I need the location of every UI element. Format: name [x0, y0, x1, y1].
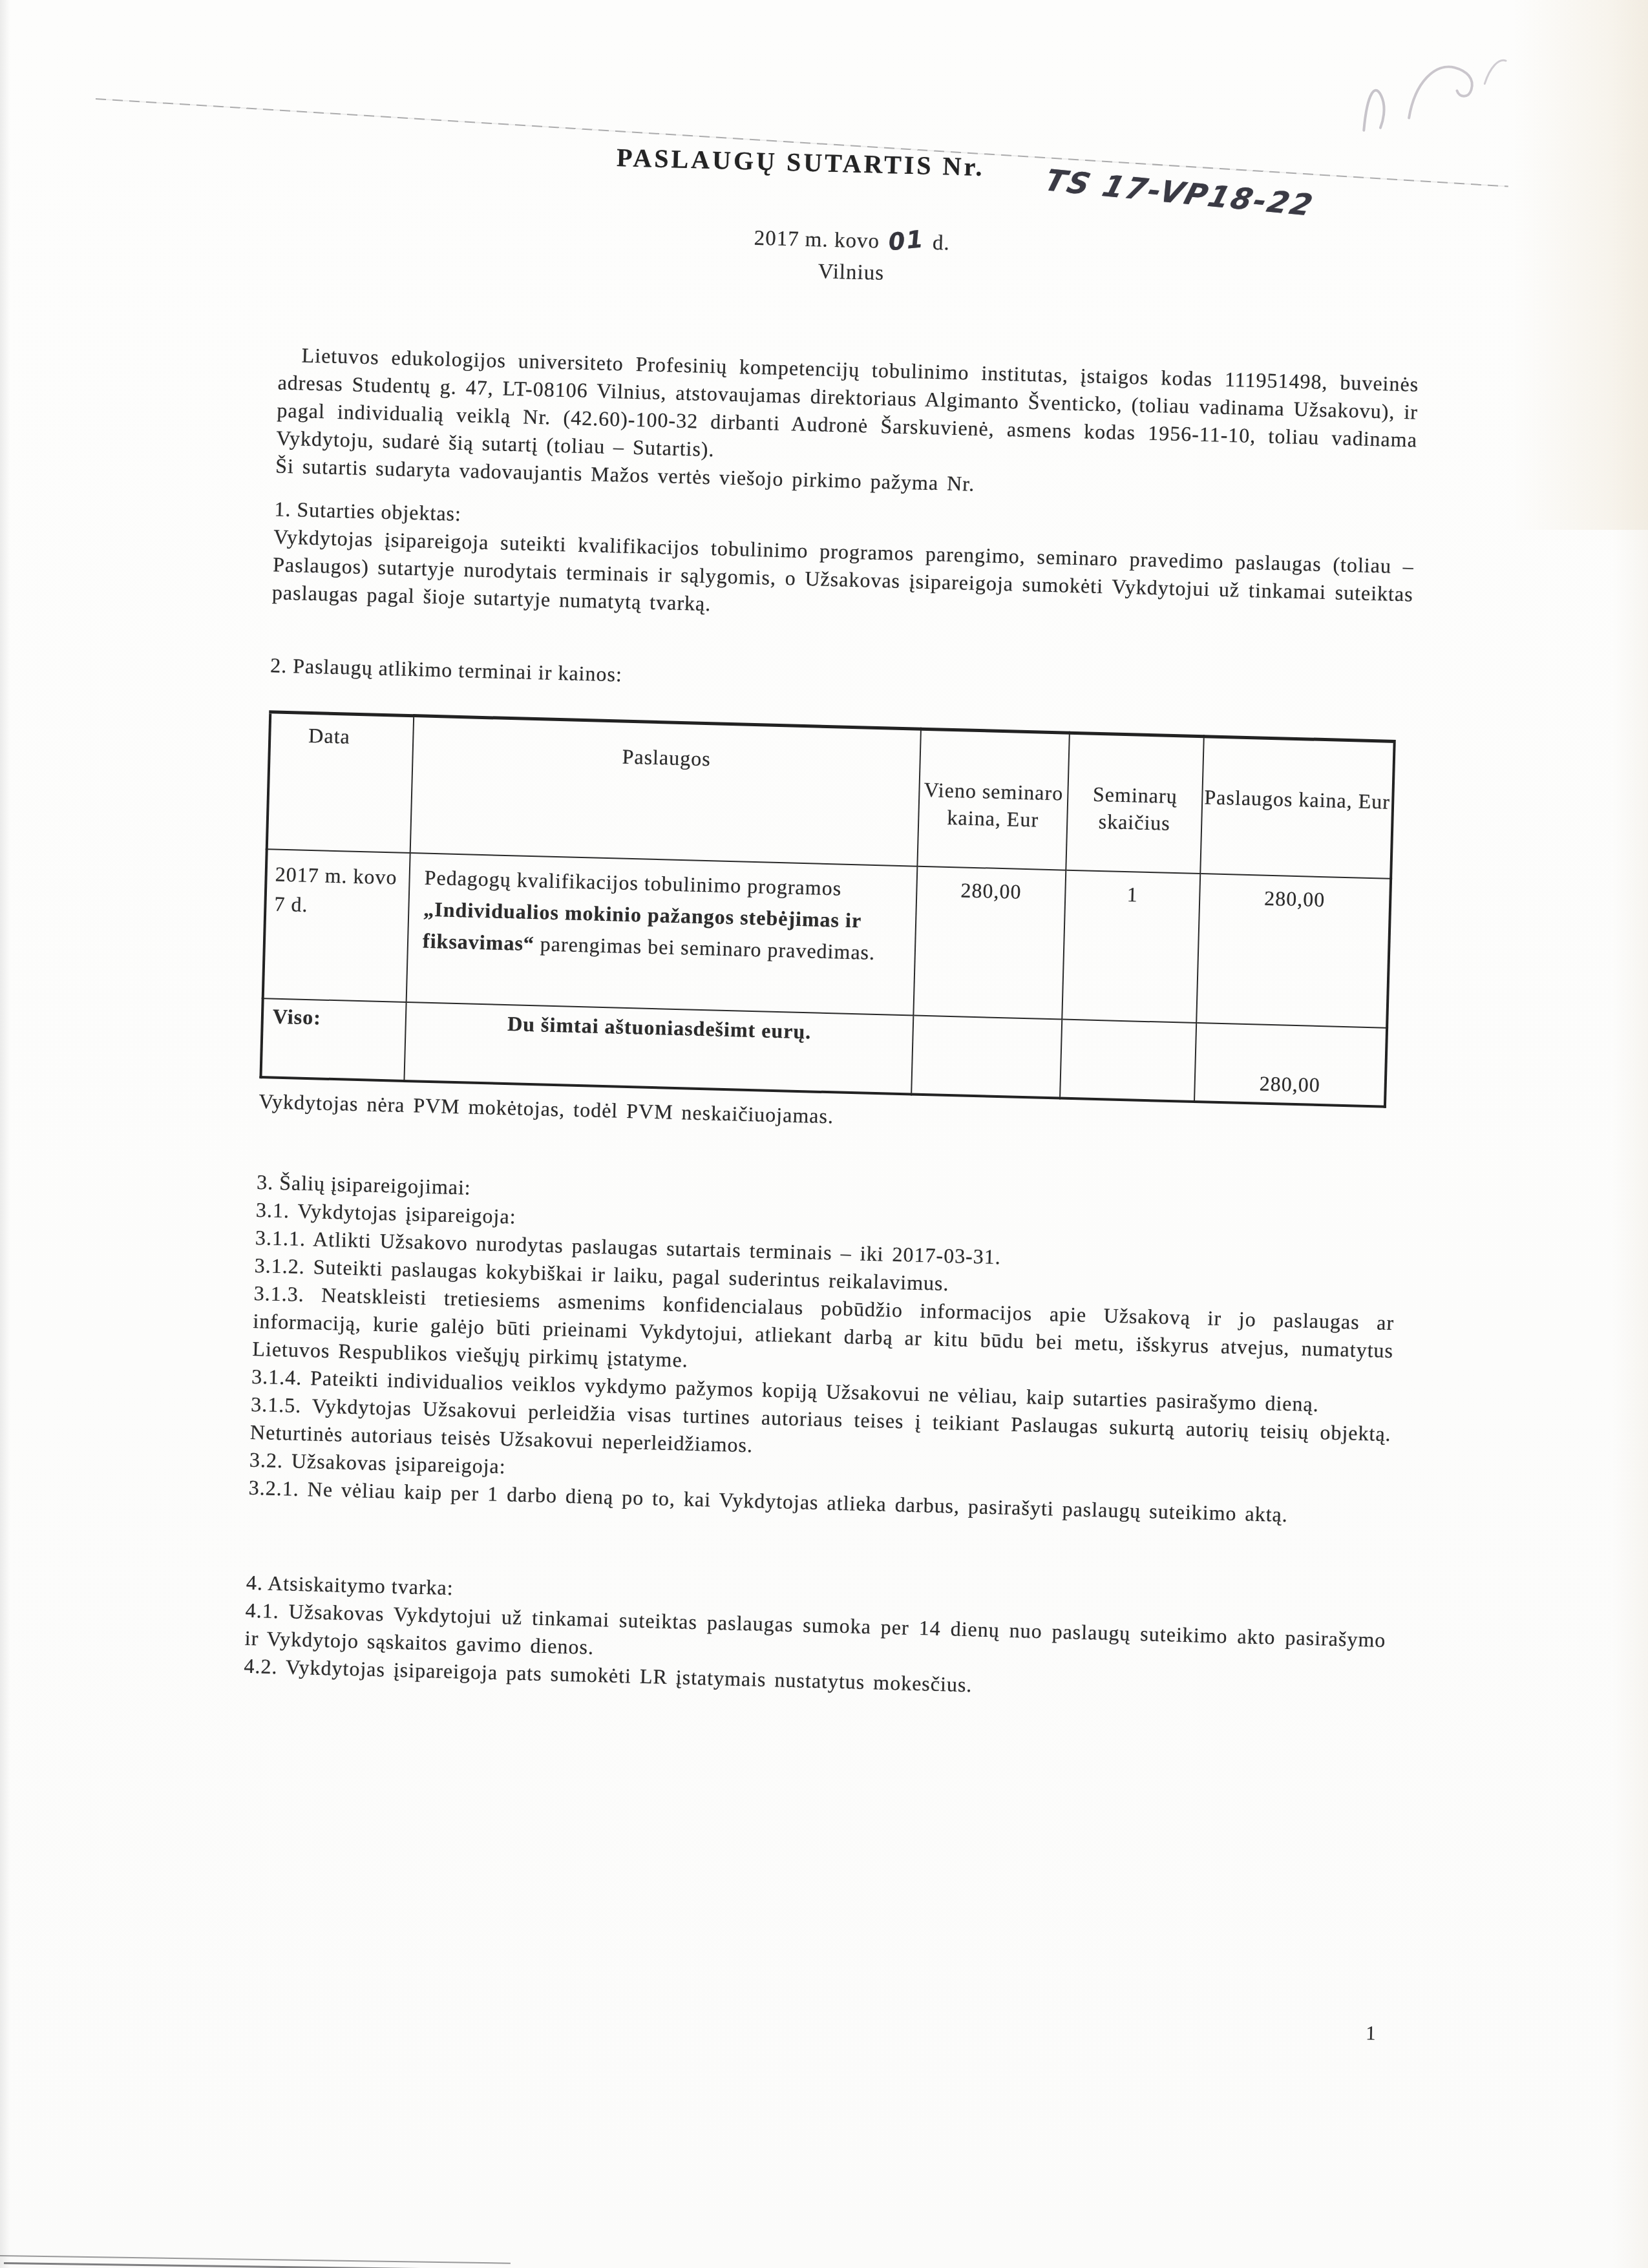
services-price-table: Data Paslaugos Vieno seminaro kaina, Eur… [259, 710, 1395, 1108]
cell-empty-2 [1060, 1020, 1196, 1102]
document-title: PASLAUGŲ SUTARTIS Nr. [616, 143, 985, 182]
cell-date: 2017 m. kovo 7 d. [263, 849, 410, 1002]
date-suffix: d. [933, 231, 951, 255]
cell-unit-price: 280,00 [913, 866, 1066, 1020]
header-service-price: Paslaugos kaina, Eur [1200, 737, 1394, 879]
cell-total-price: 280,00 [1194, 1023, 1387, 1107]
scanned-contract-page: PASLAUGŲ SUTARTIS Nr. TS 17-VP18-22 2017… [0, 0, 1648, 2268]
handwritten-day: 01 [887, 225, 925, 256]
service-suffix: parengimas bei seminaro pravedimas. [534, 932, 875, 964]
document-title-row: PASLAUGŲ SUTARTIS Nr. TS 17-VP18-22 [284, 134, 1318, 191]
page-number: 1 [1366, 2021, 1376, 2044]
header-paslaugos: Paslaugos [410, 716, 921, 866]
cell-service-description: Pedagogų kvalifikacijos tobulinimo progr… [407, 853, 918, 1015]
handwritten-contract-number: TS 17-VP18-22 [1041, 163, 1318, 223]
cell-seminar-count: 1 [1062, 870, 1200, 1023]
header-unit-price: Vieno seminaro kaina, Eur [917, 729, 1069, 870]
cell-total-label: Viso: [260, 998, 406, 1081]
table-service-row: 2017 m. kovo 7 d. Pedagogų kvalifikacijo… [263, 849, 1391, 1027]
cell-service-price: 280,00 [1196, 874, 1391, 1028]
date-prefix: 2017 m. kovo [754, 227, 880, 253]
cell-empty-1 [911, 1016, 1062, 1098]
document-content: PASLAUGŲ SUTARTIS Nr. TS 17-VP18-22 2017… [0, 0, 1647, 1716]
section2-heading: 2. Paslaugų atlikimo terminai ir kainos: [270, 651, 1411, 709]
service-prefix: Pedagogų kvalifikacijos tobulinimo progr… [424, 866, 841, 900]
header-seminar-count: Seminarų skaičius [1066, 733, 1203, 874]
scan-artifact-line-bottom-2 [4, 2262, 509, 2268]
cell-amount-in-words: Du šimtai aštuoniasdešimt eurų. [404, 1002, 913, 1095]
header-data: Data [267, 712, 414, 853]
